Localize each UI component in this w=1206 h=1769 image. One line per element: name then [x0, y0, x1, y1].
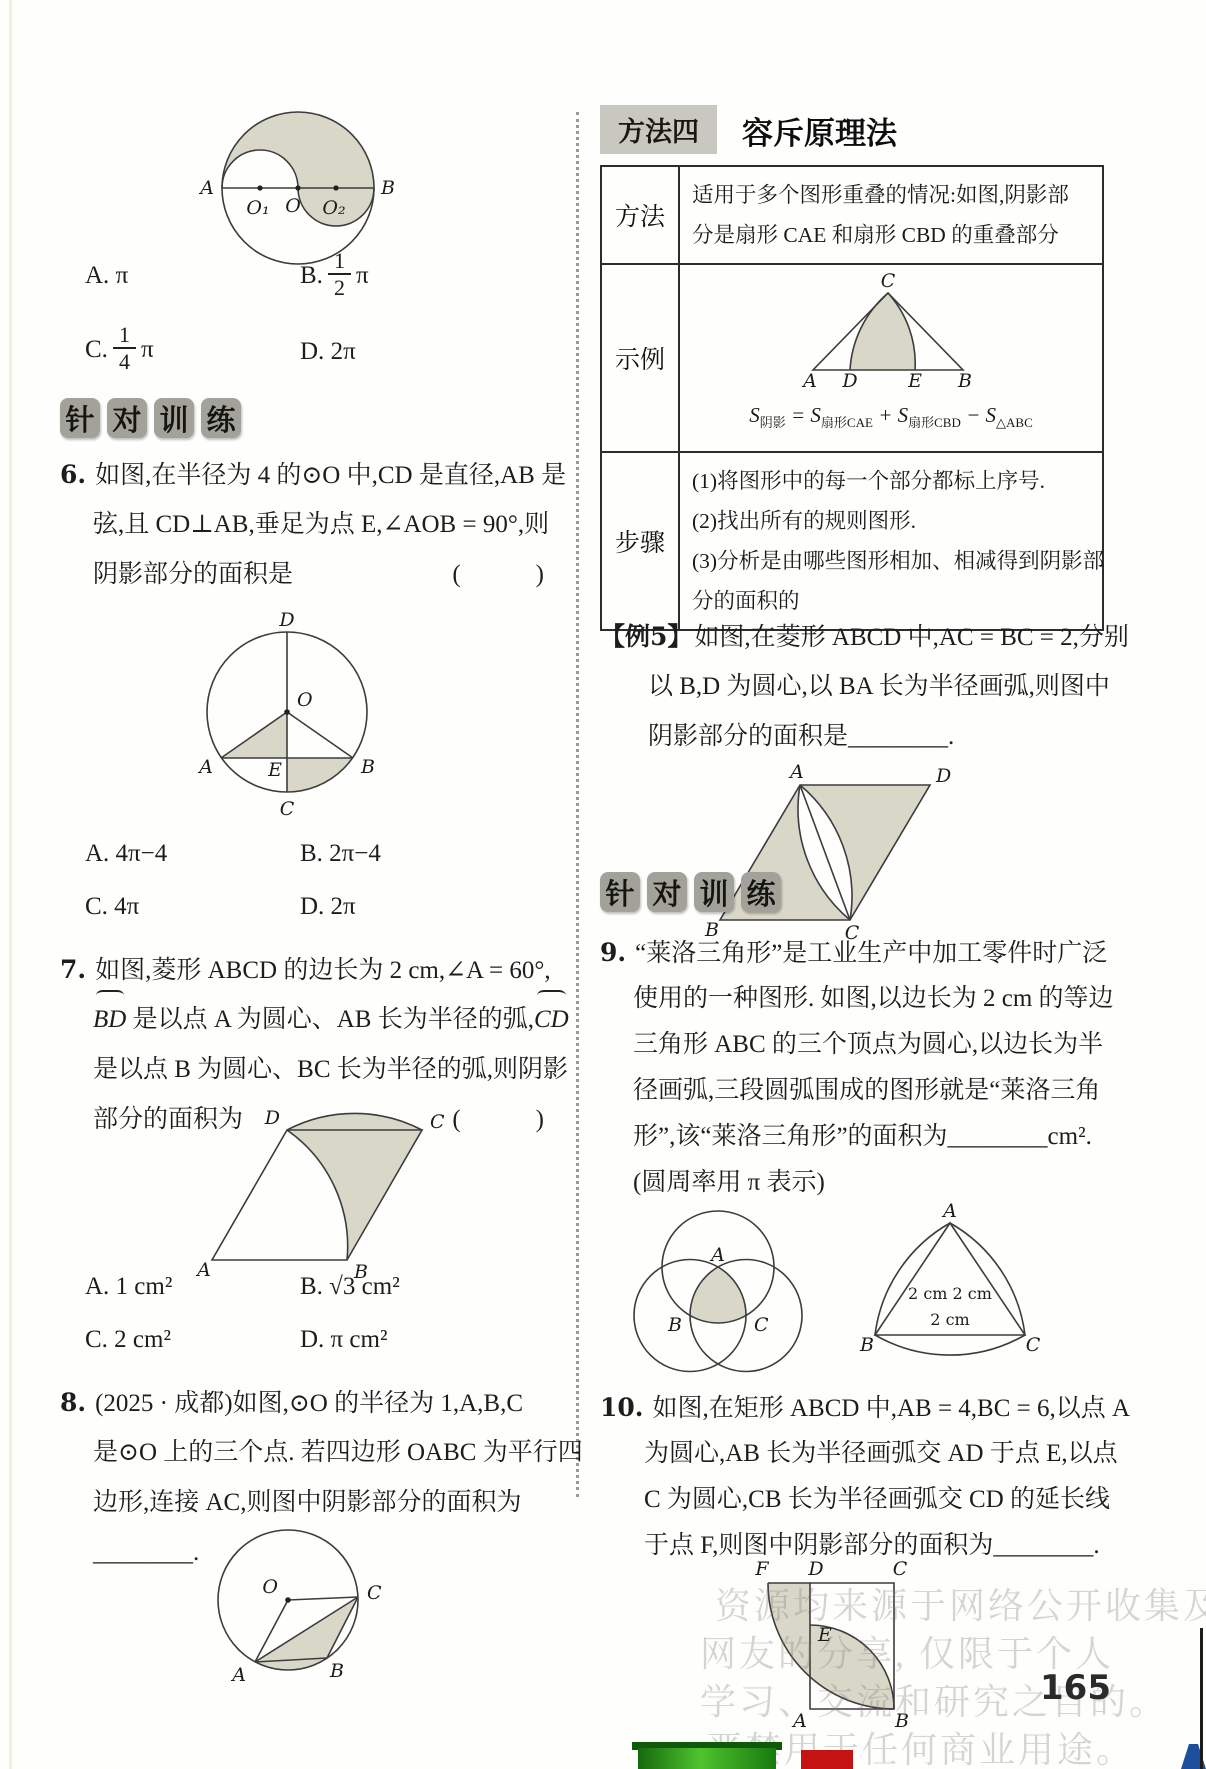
label-D: D — [264, 1107, 280, 1129]
table-row-steps: 步骤 (1)将图形中的每一个部分都标上序号. (2)找出所有的规则图形. (3)… — [602, 453, 1102, 629]
badge-char: 对 — [107, 398, 147, 438]
label-D: D — [807, 1558, 823, 1580]
label-C: C — [754, 1314, 769, 1336]
label-D: D — [841, 370, 857, 392]
badge-char: 对 — [647, 872, 687, 912]
measure-base: 2 cm — [930, 1310, 969, 1329]
problem-6: 6.如图,在半径为 4 的⊙O 中,CD 是直径,AB 是 弦,且 CD⊥AB,… — [60, 450, 546, 600]
badge-char: 针 — [60, 398, 100, 438]
label-O: O — [285, 195, 301, 217]
diagram-yinyang-circle: A B O₁ O O₂ — [180, 88, 416, 288]
method-table: 方法 适用于多个图形重叠的情况:如图,阴影部分是扇形 CAE 和扇形 CBD 的… — [600, 165, 1104, 631]
p7-option-a: A. 1 cm² — [85, 1273, 172, 1301]
p7-option-b: B. √3 cm² — [300, 1273, 400, 1301]
diagram-p6-circle: D O A B E C — [172, 612, 402, 830]
problem-number: 7. — [60, 955, 86, 984]
problem-9: 9.“莱洛三角形”是工业生产中加工零件时广泛 使用的一种图形. 如图,以边长为 … — [600, 930, 1130, 1206]
example-5: 【例5】如图,在菱形 ABCD 中,AC = BC = 2,分别 以 B,D 为… — [600, 612, 1120, 762]
label-A: A — [230, 1664, 246, 1686]
label-E: E — [267, 759, 282, 781]
training-badge: 针 对 训 练 — [60, 398, 241, 438]
answer-blank: 阴影部分的面积是________. — [600, 712, 1120, 762]
option-b: B.12π — [300, 248, 369, 307]
label-A: A — [198, 177, 214, 199]
diagram-p9-reuleaux: A B C 2 cm 2 cm 2 cm — [855, 1205, 1045, 1365]
problem-10: 10.如图,在矩形 ABCD 中,AB = 4,BC = 6,以点 A 为圆心,… — [600, 1385, 1140, 1569]
fraction: 14 — [113, 322, 136, 375]
problem-number: 6. — [60, 460, 86, 489]
row-label: 方法 — [602, 167, 680, 263]
diagram-p8-circle: O C A B — [178, 1525, 398, 1725]
fraction: 12 — [328, 248, 351, 301]
badge-char: 训 — [154, 398, 194, 438]
badge-char: 针 — [600, 872, 640, 912]
row-label: 示例 — [602, 265, 680, 451]
option-d: D. 2π — [300, 338, 356, 366]
label-F: F — [754, 1558, 769, 1580]
label-C: C — [1026, 1334, 1041, 1356]
measure-sides: 2 cm 2 cm — [908, 1284, 992, 1303]
answer-bracket: ( ) — [452, 1095, 544, 1145]
method-title: 容斥原理法 — [742, 108, 897, 153]
p6-option-d: D. 2π — [300, 893, 356, 921]
row-label: 步骤 — [602, 453, 680, 629]
label-A: A — [941, 1200, 957, 1222]
diagram-p9-three-circles: A B C — [628, 1215, 808, 1390]
label-A: A — [788, 761, 804, 783]
p6-option-a: A. 4π−4 — [85, 840, 167, 868]
area-formula: S阴影 = S扇形CAE + S扇形CBD − S△ABC — [688, 395, 1094, 443]
page-edge-rule — [1200, 1628, 1203, 1769]
label-A: A — [801, 370, 817, 392]
page-edge-tint — [9, 0, 12, 1769]
label-D: D — [278, 609, 294, 631]
column-divider — [576, 112, 579, 1497]
label-O2: O₂ — [322, 197, 345, 219]
label-O1: O₁ — [246, 197, 269, 219]
label-D: D — [935, 765, 951, 787]
table-row-example: 示例 A D E B C S阴影 = S扇形CAE + S扇形CBD − S△A… — [602, 265, 1102, 453]
label-B: B — [667, 1314, 682, 1336]
problem-number: 9. — [600, 938, 626, 967]
badge-char: 训 — [694, 872, 734, 912]
label-B: B — [859, 1334, 874, 1356]
arc-BD: BD — [93, 995, 126, 1045]
option-c: C.14π — [85, 322, 154, 381]
label-E: E — [907, 370, 922, 392]
answer-bracket: ( ) — [452, 550, 544, 600]
page-number: 165 — [1040, 1668, 1111, 1708]
diagram-ex5-rhombus: A D B C — [700, 770, 950, 950]
label-C: C — [893, 1558, 908, 1580]
example-tag: 【例5】 — [600, 622, 692, 651]
label-C: C — [881, 270, 896, 292]
label-B: B — [957, 370, 972, 392]
diagram-method-triangle: A D E B C — [788, 275, 988, 393]
training-badge: 针 对 训 练 — [600, 872, 781, 912]
logo-fragment-red — [801, 1750, 853, 1769]
label-C: C — [280, 798, 295, 820]
problem-number: 8. — [60, 1388, 86, 1417]
label-A: A — [195, 1259, 211, 1281]
option-a: A. π — [85, 262, 128, 290]
badge-char: 练 — [741, 872, 781, 912]
label-C: C — [367, 1582, 382, 1604]
p6-option-c: C. 4π — [85, 893, 139, 921]
badge-char: 练 — [201, 398, 241, 438]
label-A: A — [197, 756, 213, 778]
label-A: A — [709, 1244, 725, 1266]
answer-blank: 形”,该“莱洛三角形”的面积为________cm². — [600, 1114, 1130, 1160]
label-O: O — [297, 689, 313, 711]
label-C: C — [430, 1111, 445, 1133]
diagram-p7-rhombus: D C A B — [192, 1110, 442, 1295]
logo-fragment-green — [638, 1748, 776, 1769]
method-badge: 方法四 — [600, 105, 717, 154]
label-B: B — [380, 177, 395, 199]
problem-number: 10. — [600, 1393, 644, 1422]
label-B: B — [329, 1660, 344, 1682]
table-row-method: 方法 适用于多个图形重叠的情况:如图,阴影部分是扇形 CAE 和扇形 CBD 的… — [602, 167, 1102, 265]
p6-option-b: B. 2π−4 — [300, 840, 381, 868]
watermark-line: 资源均来源于网络公开收集及 — [715, 1578, 1206, 1629]
p7-option-d: D. π cm² — [300, 1326, 387, 1354]
arc-CD: CD — [534, 995, 569, 1045]
label-O: O — [262, 1576, 278, 1598]
label-B: B — [360, 756, 375, 778]
p7-option-c: C. 2 cm² — [85, 1326, 171, 1354]
